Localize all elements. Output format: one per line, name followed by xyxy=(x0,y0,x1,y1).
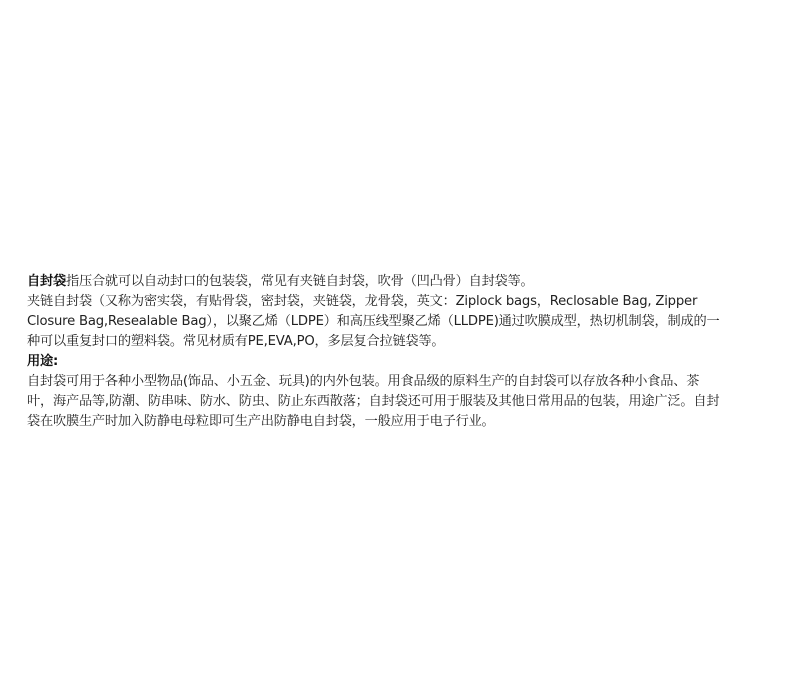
paragraph-line: 夹链自封袋（又称为密实袋，有贴骨袋，密封袋，夹链袋，龙骨袋，英文：Ziplock… xyxy=(27,292,777,312)
paragraph-line: 自封袋可用于各种小型物品(饰品、小五金、玩具)的内外包装。用食品级的原料生产的自… xyxy=(27,372,777,392)
usage-heading: 用途: xyxy=(27,352,777,372)
paragraph-line: 种可以重复封口的塑料袋。常见材质有PE,EVA,PO，多层复合拉链袋等。 xyxy=(27,332,777,352)
paragraph-line: 叶，海产品等,防潮、防串味、防水、防虫、防止东西散落；自封袋还可用于服装及其他日… xyxy=(27,392,777,412)
paragraph-line: 袋在吹膜生产时加入防静电母粒即可生产出防静电自封袋，一般应用于电子行业。 xyxy=(27,412,777,432)
intro-definition: 指压合就可以自动封口的包装袋，常见有夹链自封袋，吹骨（凹凸骨）自封袋等。 xyxy=(66,274,534,289)
document-body: 自封袋指压合就可以自动封口的包装袋，常见有夹链自封袋，吹骨（凹凸骨）自封袋等。 … xyxy=(27,272,777,432)
paragraph-line: Closure Bag,Resealable Bag），以聚乙烯（LDPE）和高… xyxy=(27,312,777,332)
intro-line: 自封袋指压合就可以自动封口的包装袋，常见有夹链自封袋，吹骨（凹凸骨）自封袋等。 xyxy=(27,272,777,292)
intro-term: 自封袋 xyxy=(27,274,66,289)
